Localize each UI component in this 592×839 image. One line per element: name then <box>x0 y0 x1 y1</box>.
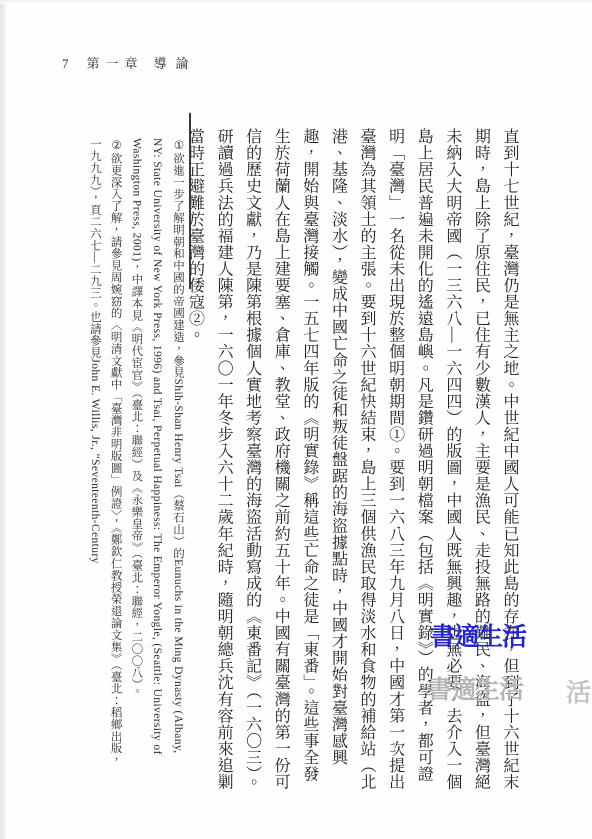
page-edge-left <box>0 0 6 839</box>
watermark-gray-partial: 活 <box>566 673 591 709</box>
page-number: 7 <box>62 56 69 72</box>
book-page: 7 第一章 導論 直到十七世紀，臺灣仍是無主之地。中世紀中國人可能已知此島的存在… <box>0 0 592 839</box>
footnote-2-marker: ② <box>110 138 122 152</box>
footnote-1-marker: ① <box>172 138 184 152</box>
page-edge-top <box>0 0 592 4</box>
running-header: 7 第一章 導論 <box>62 53 198 72</box>
footnote-divider-rule <box>189 113 191 289</box>
footnotes-block: ①欲進一步了解明朝和中國的帝國建造，參見Shih-Shan Henry Tsai… <box>58 138 188 772</box>
footnote-2: ②欲更深入了解，請參見周婉窈的〈明清文獻中「臺灣非明版圖」例證〉，《鄭欽仁教授榮… <box>84 138 126 772</box>
footnote-1: ①欲進一步了解明朝和中國的帝國建造，參見Shih-Shan Henry Tsai… <box>126 138 188 772</box>
chapter-title: 導論 <box>154 53 198 72</box>
footnote-2-text: 欲更深入了解，請參見周婉窈的〈明清文獻中「臺灣非明版圖」例證〉，《鄭欽仁教授榮退… <box>89 138 122 766</box>
chapter-label: 第一章 <box>87 53 144 72</box>
footnote-1-text: 欲進一步了解明朝和中國的帝國建造，參見Shih-Shan Henry Tsai（… <box>130 138 184 755</box>
main-paragraph: 直到十七世紀，臺灣仍是無主之地。中世紀中國人可能已知此島的存在，但到了十六世紀末… <box>193 128 523 794</box>
